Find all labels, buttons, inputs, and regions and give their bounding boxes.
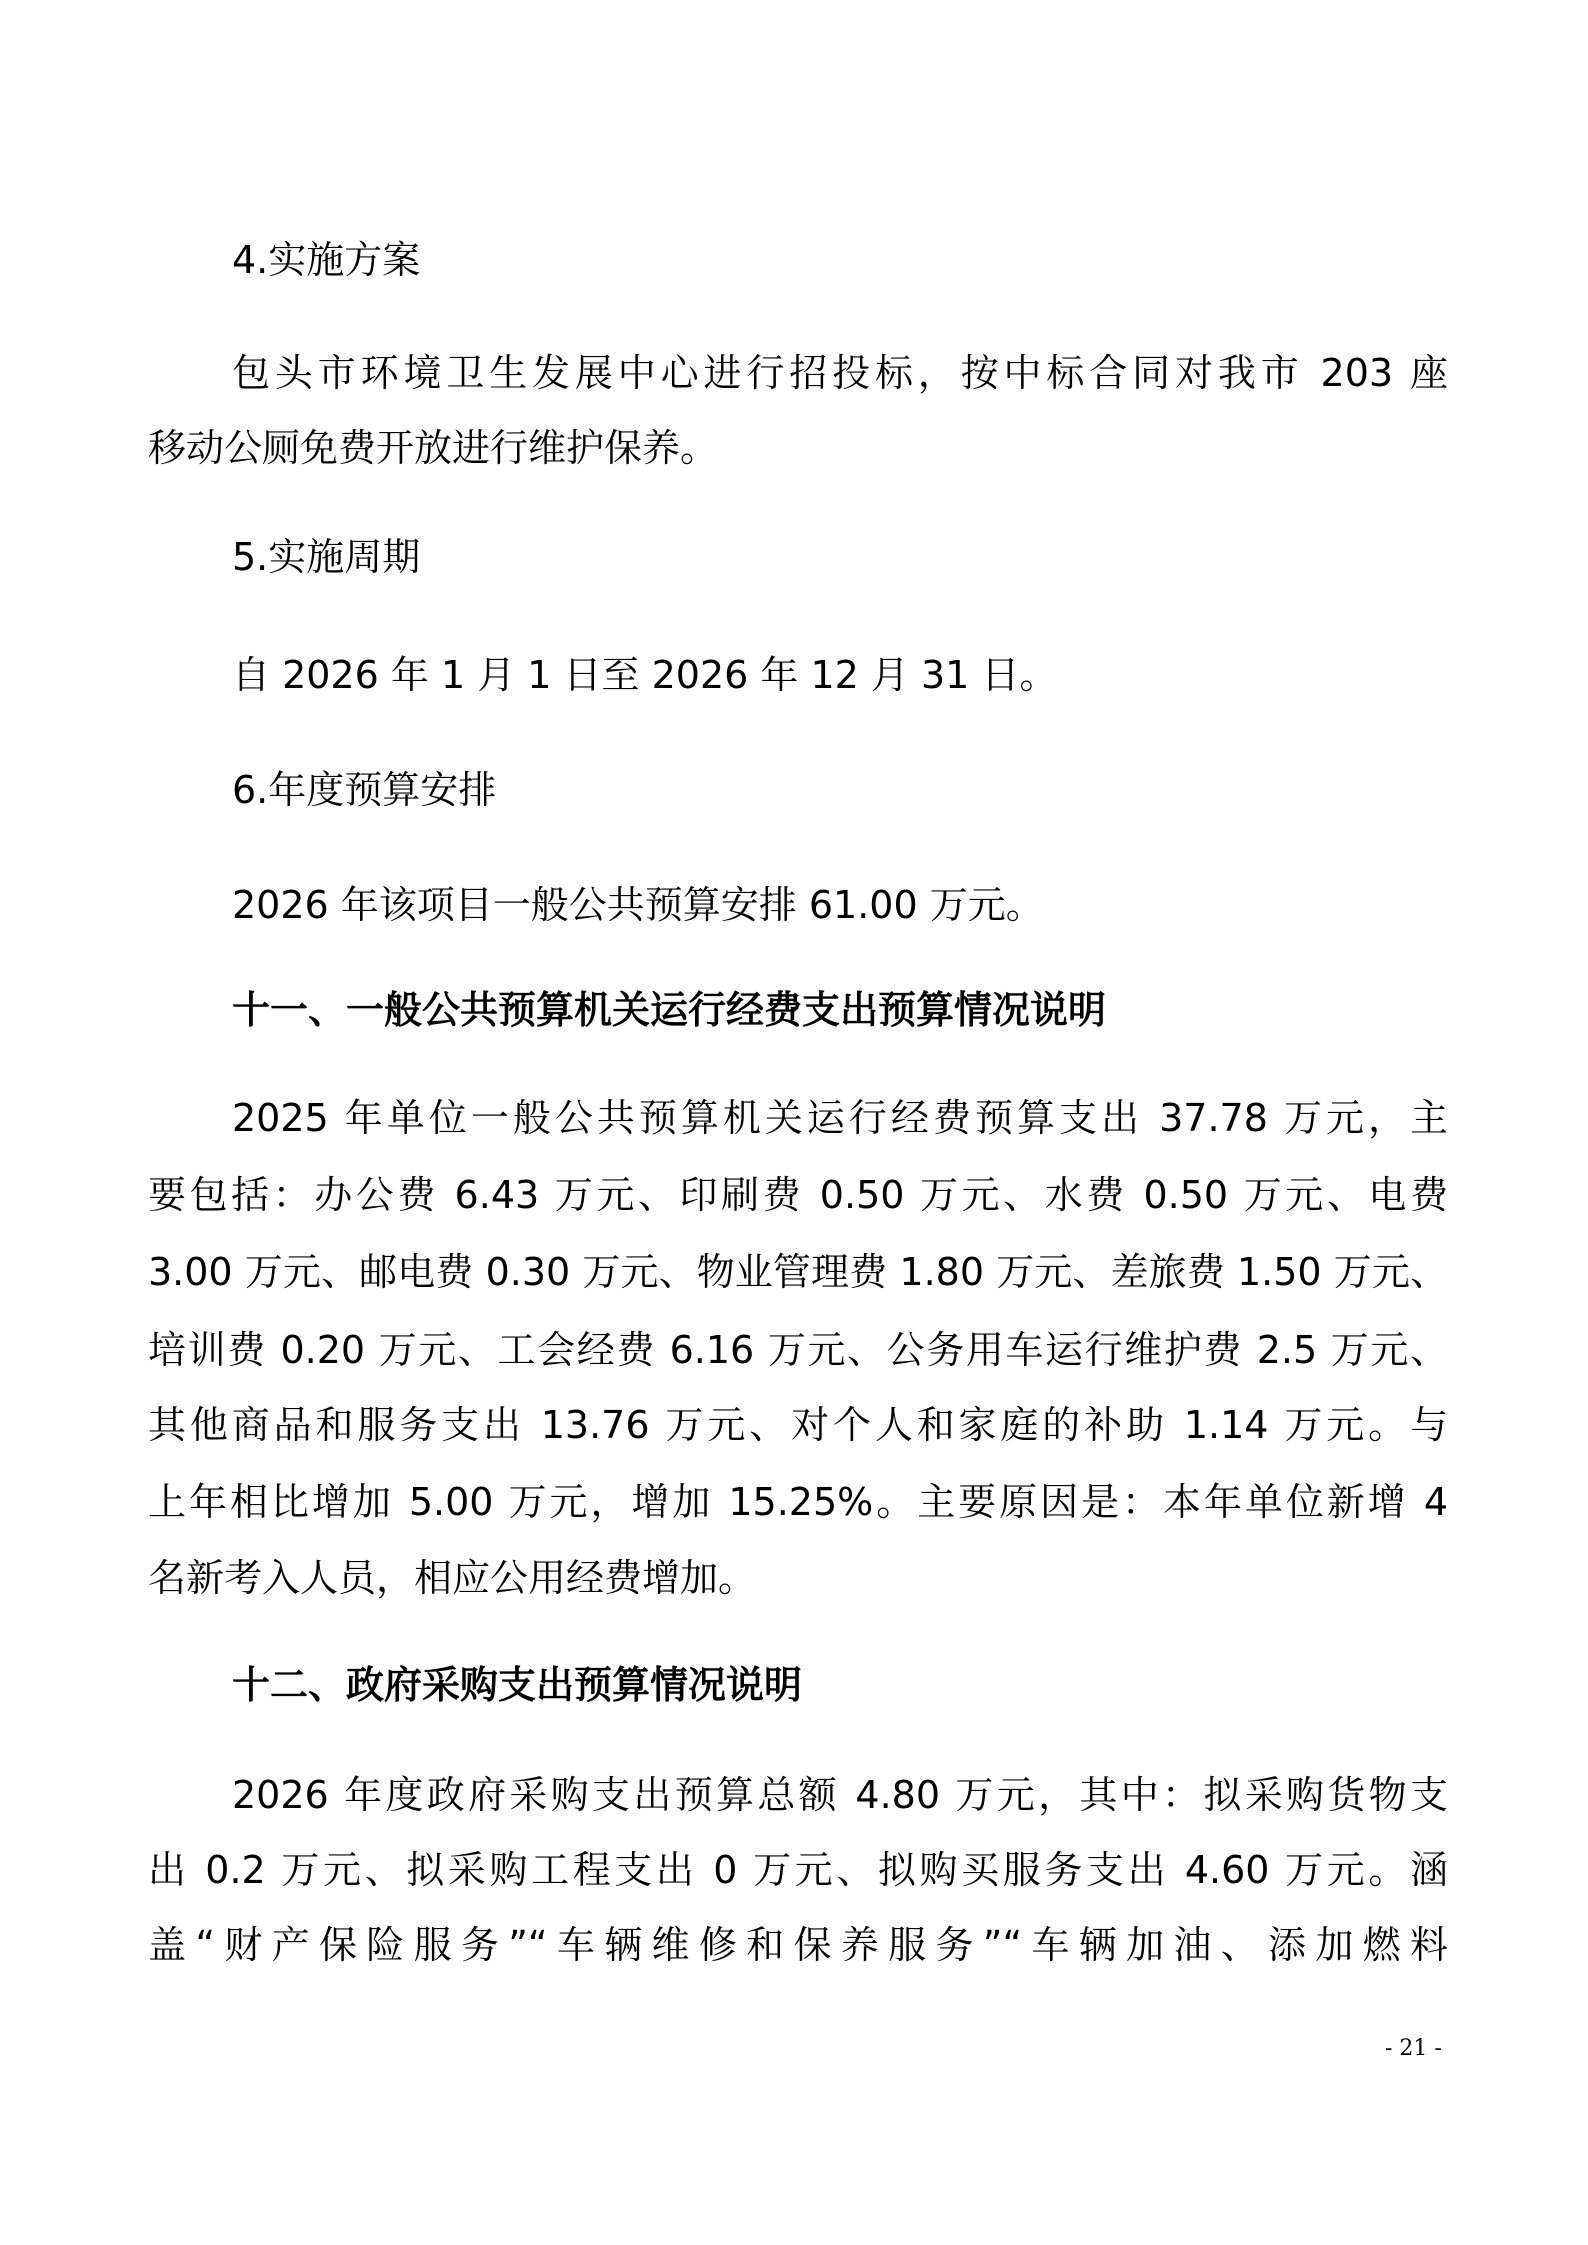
paragraph-line: 3.00 万元、邮电费 0.30 万元、物业管理费 1.80 万元、差旅费 1.… — [148, 1247, 1448, 1297]
paragraph-line: 2025 年单位一般公共预算机关运行经费预算支出 37.78 万元，主 — [232, 1093, 1448, 1143]
paragraph-line: 2026 年该项目一般公共预算安排 61.00 万元。 — [232, 880, 1044, 930]
section-heading-government-procurement: 十二、政府采购支出预算情况说明 — [232, 1660, 802, 1710]
paragraph-line: 要包括：办公费 6.43 万元、印刷费 0.50 万元、水费 0.50 万元、电… — [148, 1170, 1448, 1220]
section-heading-operating-expenses: 十一、一般公共预算机关运行经费支出预算情况说明 — [232, 985, 1106, 1035]
paragraph-line: 自 2026 年 1 月 1 日至 2026 年 12 月 31 日。 — [232, 650, 1057, 700]
paragraph-line: 出 0.2 万元、拟采购工程支出 0 万元、拟购买服务支出 4.60 万元。涵 — [148, 1845, 1448, 1895]
paragraph-line: 移动公厕免费开放进行维护保养。 — [148, 423, 718, 473]
paragraph-line: 培训费 0.20 万元、工会经费 6.16 万元、公务用车运行维护费 2.5 万… — [148, 1325, 1448, 1375]
subsection-heading-implementation-period: 5.实施周期 — [232, 532, 420, 582]
paragraph-line: 2026 年度政府采购支出预算总额 4.80 万元，其中：拟采购货物支 — [232, 1770, 1448, 1820]
page-number: - 21 - — [1385, 2036, 1442, 2061]
paragraph-line: 上年相比增加 5.00 万元，增加 15.25%。主要原因是：本年单位新增 4 — [148, 1477, 1448, 1527]
subsection-heading-implementation-plan: 4.实施方案 — [232, 235, 420, 285]
paragraph-line: 包头市环境卫生发展中心进行招投标，按中标合同对我市 203 座 — [232, 348, 1448, 398]
paragraph-line: 盖“财产保险服务”“车辆维修和保养服务”“车辆加油、添加燃料 — [148, 1920, 1448, 1970]
subsection-heading-annual-budget: 6.年度预算安排 — [232, 765, 496, 815]
paragraph-line: 名新考入人员，相应公用经费增加。 — [148, 1553, 756, 1603]
paragraph-line: 其他商品和服务支出 13.76 万元、对个人和家庭的补助 1.14 万元。与 — [148, 1400, 1448, 1450]
